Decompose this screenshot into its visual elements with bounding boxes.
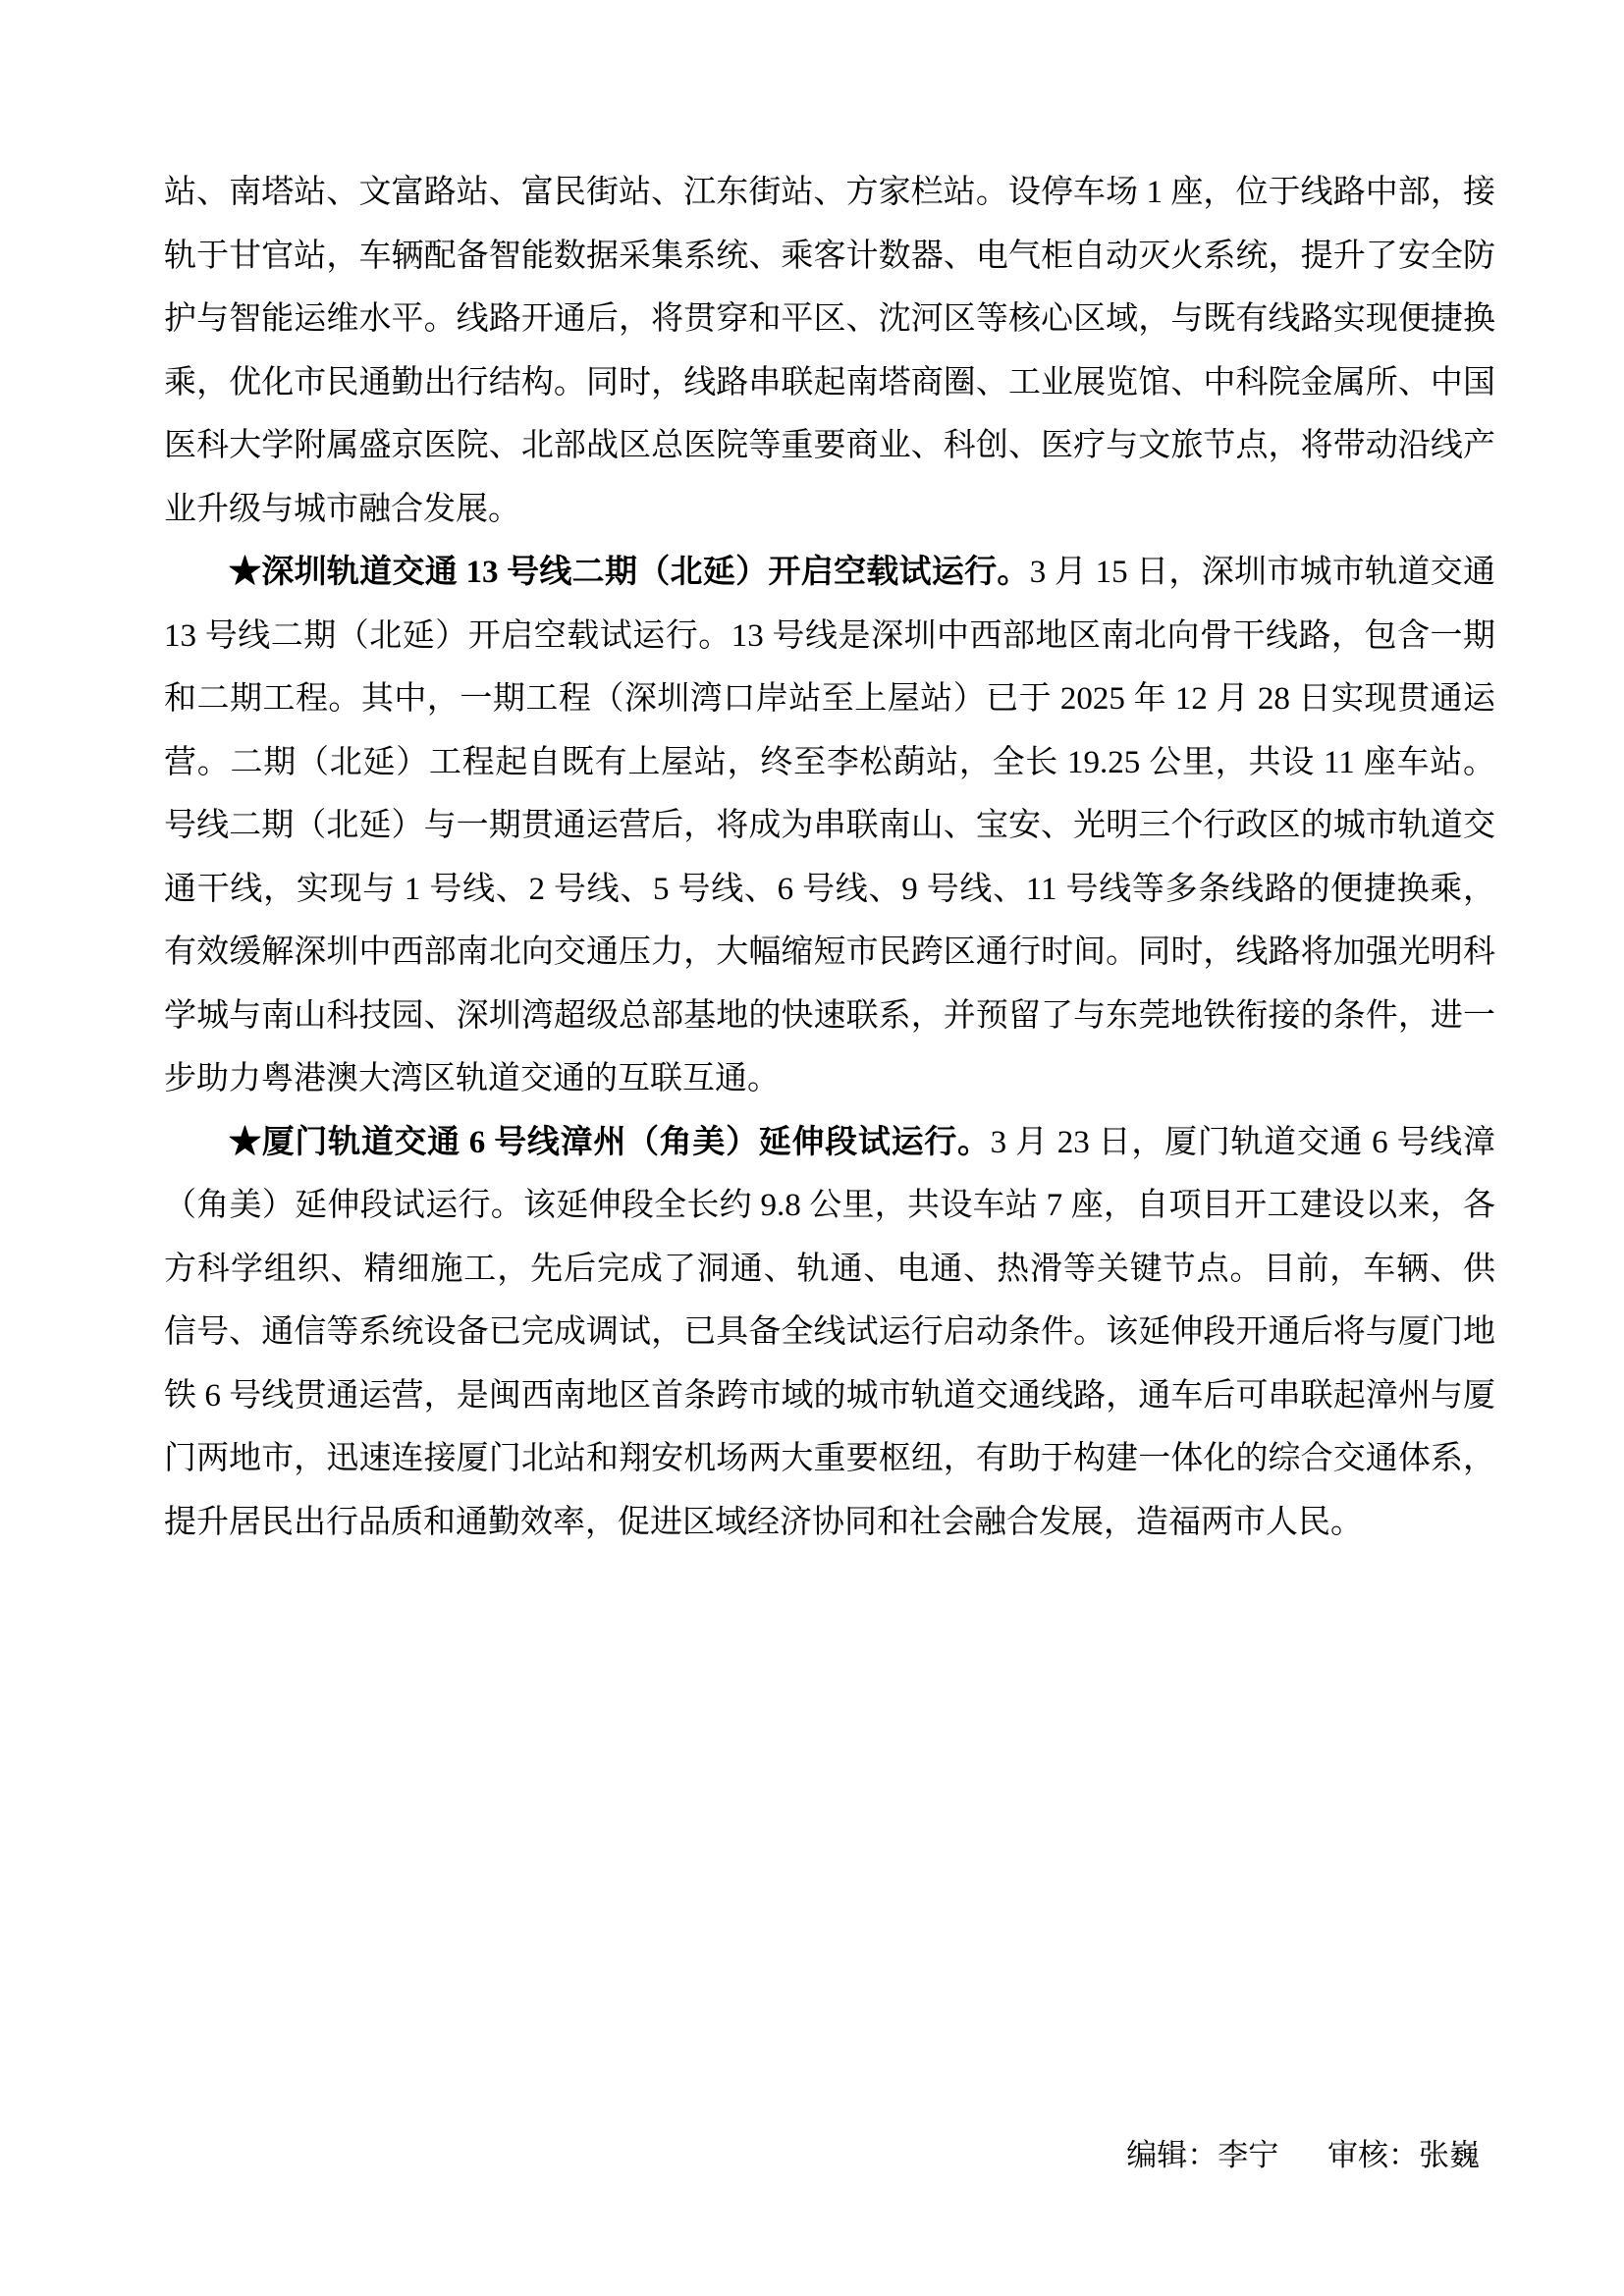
body-text: 13 号线二期（北延）开启空载试运行。13 号线是深圳中西部地区南北向骨干线路，… bbox=[164, 618, 1495, 654]
text-line: 步助力粤港澳大湾区轨道交通的互联互通。 bbox=[164, 1047, 1495, 1111]
text-line: 乘，优化市民通勤出行结构。同时，线路串联起南塔商圈、工业展览馆、中科院金属所、中… bbox=[164, 351, 1495, 415]
text-line: 提升居民出行品质和通勤效率，促进区域经济协同和社会融合发展，造福两市人民。 bbox=[164, 1491, 1495, 1555]
body-text: 提升居民出行品质和通勤效率，促进区域经济协同和社会融合发展，造福两市人民。 bbox=[164, 1505, 1363, 1540]
reviewer-credit: 审核：张巍 bbox=[1327, 2138, 1480, 2172]
editor-credit: 编辑：李宁 bbox=[1126, 2138, 1278, 2172]
body-text: 铁 6 号线贯通运营，是闽西南地区首条跨市域的城市轨道交通线路，通车后可串联起漳… bbox=[164, 1378, 1495, 1414]
body-text: 信号、通信等系统设备已完成调试，已具备全线试运行启动条件。该延伸段开通后将与厦门… bbox=[164, 1314, 1495, 1350]
body-text: 乘，优化市民通勤出行结构。同时，线路串联起南塔商圈、工业展览馆、中科院金属所、中… bbox=[164, 365, 1495, 400]
document-footer: 编辑：李宁 审核：张巍 bbox=[1126, 2136, 1480, 2175]
text-line: 号线二期（北延）与一期贯通运营后，将成为串联南山、宝安、光明三个行政区的城市轨道… bbox=[164, 794, 1495, 858]
body-text: 通干线，实现与 1 号线、2 号线、5 号线、6 号线、9 号线、11 号线等多… bbox=[164, 872, 1495, 907]
text-line: 方科学组织、精细施工，先后完成了洞通、轨通、电通、热滑等关键节点。目前，车辆、供… bbox=[164, 1238, 1495, 1302]
text-line: 信号、通信等系统设备已完成调试，已具备全线试运行启动条件。该延伸段开通后将与厦门… bbox=[164, 1301, 1495, 1364]
bold-heading-text: ★深圳轨道交通 13 号线二期（北延）开启空载试运行。 bbox=[229, 555, 1030, 590]
text-line: 轨于甘官站，车辆配备智能数据采集系统、乘客计数器、电气柜自动灭火系统，提升了安全… bbox=[164, 225, 1495, 289]
text-line: 和二期工程。其中，一期工程（深圳湾口岸站至上屋站）已于 2025 年 12 月 … bbox=[164, 667, 1495, 731]
body-text: 3 月 15 日，深圳市城市轨道交通 bbox=[1030, 555, 1495, 590]
text-line: 医科大学附属盛京医院、北部战区总医院等重要商业、科创、医疗与文旅节点，将带动沿线… bbox=[164, 414, 1495, 478]
text-line: 业升级与城市融合发展。 bbox=[164, 478, 1495, 542]
bold-heading-text: ★厦门轨道交通 6 号线漳州（角美）延伸段试运行。 bbox=[229, 1125, 991, 1160]
text-line: 铁 6 号线贯通运营，是闽西南地区首条跨市域的城市轨道交通线路，通车后可串联起漳… bbox=[164, 1364, 1495, 1428]
body-text: 业升级与城市融合发展。 bbox=[164, 492, 520, 527]
body-text: 轨于甘官站，车辆配备智能数据采集系统、乘客计数器、电气柜自动灭火系统，提升了安全… bbox=[164, 239, 1495, 274]
body-text: 站、南塔站、文富路站、富民街站、江东街站、方家栏站。设停车场 1 座，位于线路中… bbox=[164, 175, 1495, 210]
body-text: 号线二期（北延）与一期贯通运营后，将成为串联南山、宝安、光明三个行政区的城市轨道… bbox=[164, 808, 1495, 843]
body-text: 方科学组织、精细施工，先后完成了洞通、轨通、电通、热滑等关键节点。目前，车辆、供… bbox=[164, 1252, 1495, 1302]
text-line: ★深圳轨道交通 13 号线二期（北延）开启空载试运行。3 月 15 日，深圳市城… bbox=[164, 541, 1495, 605]
body-text: 门两地市，迅速连接厦门北站和翔安机场两大重要枢纽，有助于构建一体化的综合交通体系… bbox=[164, 1441, 1495, 1476]
document-body: 站、南塔站、文富路站、富民街站、江东街站、方家栏站。设停车场 1 座，位于线路中… bbox=[164, 161, 1495, 1554]
text-line: 有效缓解深圳中西部南北向交通压力，大幅缩短市民跨区通行时间。同时，线路将加强光明… bbox=[164, 921, 1495, 985]
body-text: 有效缓解深圳中西部南北向交通压力，大幅缩短市民跨区通行时间。同时，线路将加强光明… bbox=[164, 934, 1495, 970]
body-text: （角美）延伸段试运行。该延伸段全长约 9.8 公里，共设车站 7 座，自项目开工… bbox=[164, 1188, 1495, 1223]
text-line: 站、南塔站、文富路站、富民街站、江东街站、方家栏站。设停车场 1 座，位于线路中… bbox=[164, 161, 1495, 225]
body-text: 学城与南山科技园、深圳湾超级总部基地的快速联系，并预留了与东莞地铁衔接的条件，进… bbox=[164, 998, 1495, 1034]
paragraph-2: ★深圳轨道交通 13 号线二期（北延）开启空载试运行。3 月 15 日，深圳市城… bbox=[164, 541, 1495, 1111]
text-line: 门两地市，迅速连接厦门北站和翔安机场两大重要枢纽，有助于构建一体化的综合交通体系… bbox=[164, 1427, 1495, 1491]
body-text: 医科大学附属盛京医院、北部战区总医院等重要商业、科创、医疗与文旅节点，将带动沿线… bbox=[164, 428, 1495, 463]
text-line: ★厦门轨道交通 6 号线漳州（角美）延伸段试运行。3 月 23 日，厦门轨道交通… bbox=[164, 1111, 1495, 1175]
paragraph-1: 站、南塔站、文富路站、富民街站、江东街站、方家栏站。设停车场 1 座，位于线路中… bbox=[164, 161, 1495, 541]
text-line: 13 号线二期（北延）开启空载试运行。13 号线是深圳中西部地区南北向骨干线路，… bbox=[164, 605, 1495, 668]
paragraph-3: ★厦门轨道交通 6 号线漳州（角美）延伸段试运行。3 月 23 日，厦门轨道交通… bbox=[164, 1111, 1495, 1555]
text-line: 通干线，实现与 1 号线、2 号线、5 号线、6 号线、9 号线、11 号线等多… bbox=[164, 858, 1495, 922]
text-line: （角美）延伸段试运行。该延伸段全长约 9.8 公里，共设车站 7 座，自项目开工… bbox=[164, 1174, 1495, 1238]
text-line: 护与智能运维水平。线路开通后，将贯穿和平区、沈河区等核心区域，与既有线路实现便捷… bbox=[164, 288, 1495, 351]
body-text: 和二期工程。其中，一期工程（深圳湾口岸站至上屋站）已于 2025 年 12 月 … bbox=[164, 681, 1495, 717]
body-text: 营。二期（北延）工程起自既有上屋站，终至李松蓢站，全长 19.25 公里，共设 … bbox=[164, 745, 1495, 795]
text-line: 营。二期（北延）工程起自既有上屋站，终至李松蓢站，全长 19.25 公里，共设 … bbox=[164, 731, 1495, 795]
body-text: 步助力粤港澳大湾区轨道交通的互联互通。 bbox=[164, 1061, 780, 1096]
text-line: 学城与南山科技园、深圳湾超级总部基地的快速联系，并预留了与东莞地铁衔接的条件，进… bbox=[164, 985, 1495, 1048]
document-page: 站、南塔站、文富路站、富民街站、江东街站、方家栏站。设停车场 1 座，位于线路中… bbox=[0, 0, 1624, 2296]
body-text: 护与智能运维水平。线路开通后，将贯穿和平区、沈河区等核心区域，与既有线路实现便捷… bbox=[164, 301, 1495, 337]
